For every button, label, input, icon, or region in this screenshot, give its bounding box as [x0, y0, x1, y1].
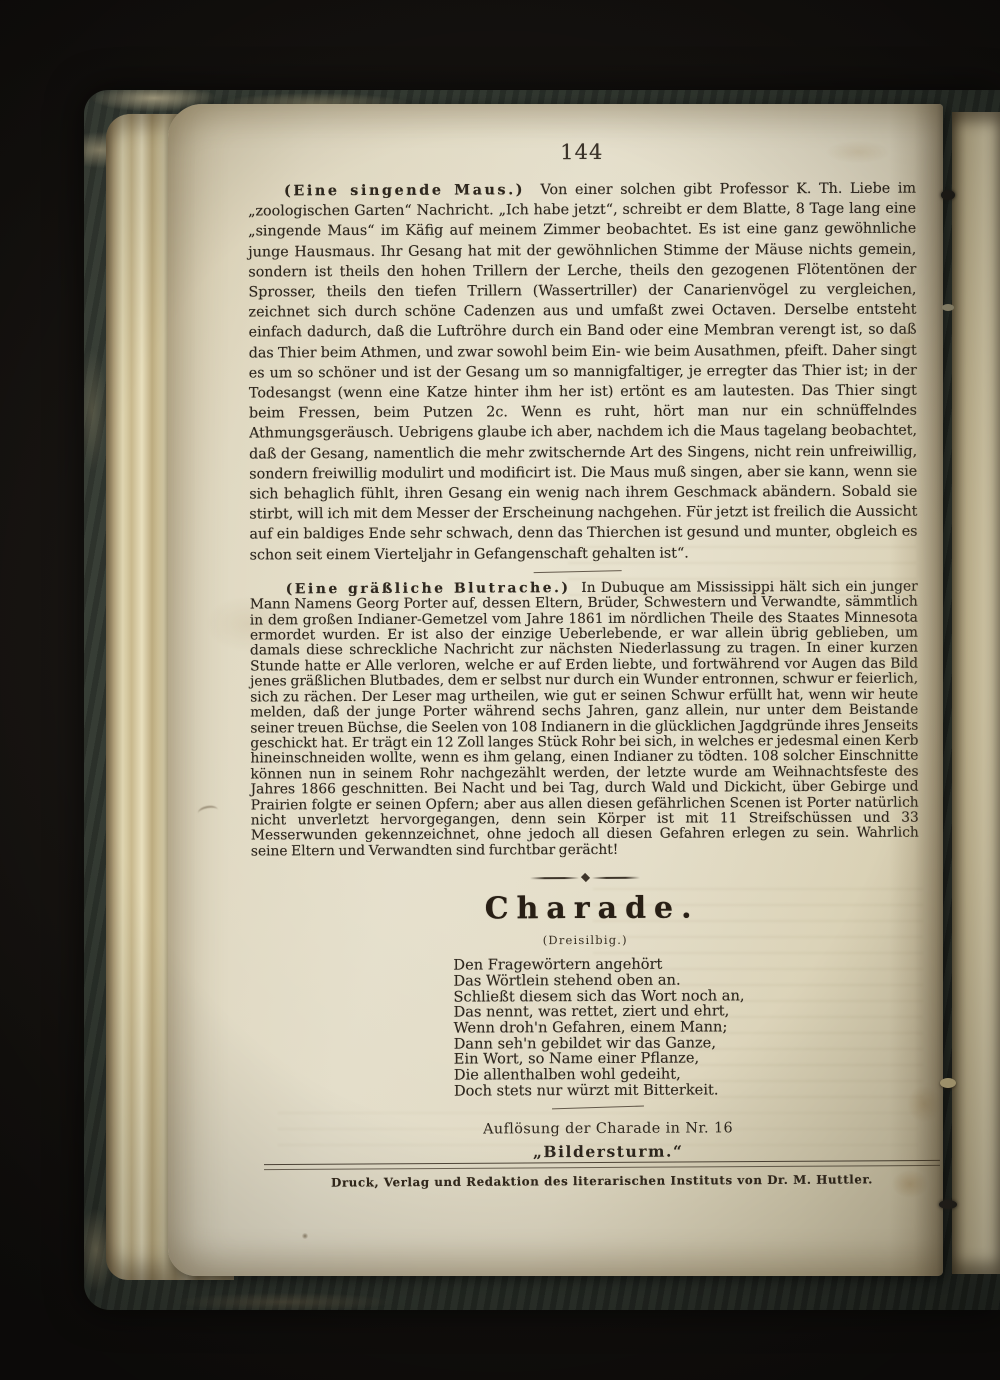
charade-poem: Den Fragewörtern angehört Das Wörtlein s…	[453, 956, 920, 1099]
charade-solution: Auflösung der Charade in Nr. 16 „Bilders…	[274, 1119, 942, 1162]
page-number: 144	[248, 139, 916, 166]
stitch-knot	[939, 1200, 957, 1209]
charade-subtitle: (Dreisilbig.)	[251, 932, 919, 949]
article-blood-revenge: (Eine gräßliche Blutrache.) In Dubuque a…	[250, 579, 919, 859]
solution-intro: Auflösung der Charade in Nr. 16	[274, 1119, 942, 1138]
opposite-page-edge	[952, 112, 1000, 1274]
solution-answer: „Bildersturm.“	[274, 1140, 942, 1162]
article-body: Von einer solchen gibt Professor K. Th. …	[248, 181, 917, 564]
margin-pencil-mark	[197, 804, 219, 818]
text-column: 144 (Eine singende Maus.) Von einer solc…	[248, 139, 920, 1162]
photographed-book-scene: 144 (Eine singende Maus.) Von einer solc…	[0, 0, 1000, 1380]
imprint-line: Druck, Verlag und Redaktion des literari…	[264, 1172, 940, 1190]
diamond-icon	[580, 873, 589, 882]
article-singing-mouse: (Eine singende Maus.) Von einer solchen …	[248, 179, 918, 566]
section-divider	[534, 570, 622, 573]
stitch-knot	[942, 304, 954, 311]
stitch-knot	[941, 190, 955, 200]
ornament-divider	[530, 874, 640, 881]
article-title: (Eine singende Maus.)	[284, 182, 525, 199]
poem-line: Doch stets nur würzt mit Bitterkeit.	[454, 1081, 920, 1099]
ornament-line	[591, 876, 640, 878]
book-page: 144 (Eine singende Maus.) Von einer solc…	[168, 104, 943, 1276]
charade-heading: Charade.	[265, 890, 919, 928]
article-body: In Dubuque am Mississippi hält sich ein …	[250, 578, 919, 859]
ornament-line	[530, 877, 579, 879]
stitch-knot	[940, 1078, 956, 1088]
poem-end-divider	[552, 1105, 644, 1109]
binding-thread	[947, 106, 951, 1274]
